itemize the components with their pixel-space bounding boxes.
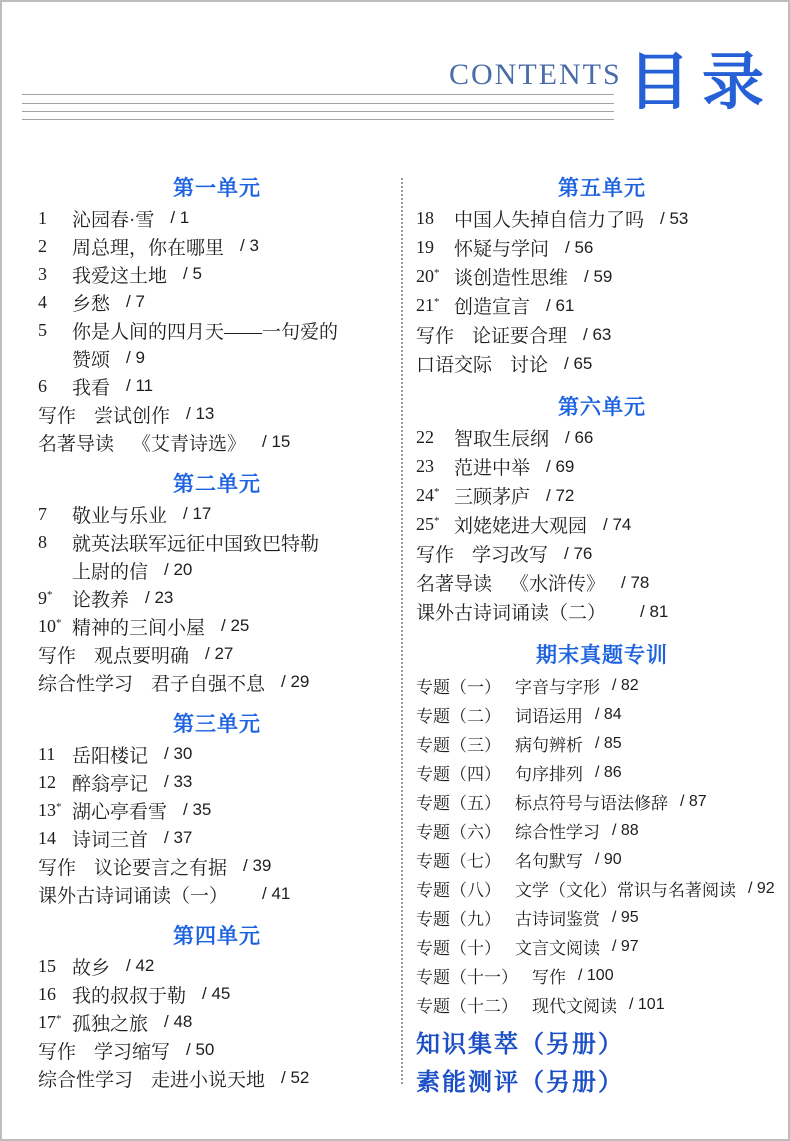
toc-entry: 24*三顾茅庐/ 72 xyxy=(416,481,788,510)
lesson-number: 25* xyxy=(416,514,454,535)
lesson-number: 18 xyxy=(416,208,454,229)
entry-label: 口语交际 xyxy=(416,350,492,377)
lesson-title: 标点符号与语法修辞 xyxy=(515,789,668,814)
page-number: / 42 xyxy=(126,956,154,976)
lesson-title: 怀疑与学问 xyxy=(454,234,549,261)
toc-entry: 专题（二）词语运用/ 84 xyxy=(416,700,788,729)
toc-entry-line: 专题（十一）写作/ 100 xyxy=(416,961,788,990)
toc-entry-line: 11岳阳楼记/ 30 xyxy=(38,740,396,768)
page-number: / 66 xyxy=(565,428,593,448)
lesson-title: 词语运用 xyxy=(515,702,583,727)
lesson-title: 乡愁 xyxy=(72,289,110,316)
page-number: / 15 xyxy=(262,432,290,452)
lesson-number: 13* xyxy=(38,800,72,821)
entry-label: 写作 xyxy=(38,641,76,668)
toc-entry-line: 1沁园春·雪/ 1 xyxy=(38,204,396,232)
toc-entry: 1沁园春·雪/ 1 xyxy=(38,204,396,232)
toc-entry: 15故乡/ 42 xyxy=(38,952,396,980)
toc-entry-line: 17*孤独之旅/ 48 xyxy=(38,1008,396,1036)
lesson-number: 14 xyxy=(38,828,72,849)
entry-label: 写作 xyxy=(416,321,454,348)
page-number: / 95 xyxy=(612,909,639,927)
toc-entry: 写作学习改写/ 76 xyxy=(416,539,788,568)
lesson-title: 中国人失掉自信力了吗 xyxy=(454,205,644,232)
toc-entry-line: 课外古诗词诵读（一）/ 41 xyxy=(38,880,396,908)
lesson-title: 创造宣言 xyxy=(454,292,530,319)
self-study-star: * xyxy=(56,1013,62,1025)
page-number: / 11 xyxy=(126,376,153,396)
toc-entry-line: 写作学习改写/ 76 xyxy=(416,539,788,568)
toc-entry-line: 10*精神的三间小屋/ 25 xyxy=(38,612,396,640)
entry-label: 写作 xyxy=(38,1037,76,1064)
toc-column-left: 第一单元1沁园春·雪/ 12周总理，你在哪里/ 33我爱这土地/ 54乡愁/ 7… xyxy=(38,174,396,1092)
page-number: / 25 xyxy=(221,616,249,636)
toc-entry-line: 7敬业与乐业/ 17 xyxy=(38,500,396,528)
lesson-title: 湖心亭看雪 xyxy=(72,797,167,824)
page-number: / 9 xyxy=(126,348,145,368)
toc-entry: 23范进中举/ 69 xyxy=(416,452,788,481)
page-number: / 27 xyxy=(205,644,233,664)
entry-label: 专题（四） xyxy=(416,760,501,785)
page-title: 目录 xyxy=(628,50,776,115)
entry-label: 综合性学习 xyxy=(38,669,133,696)
entry-label: 专题（九） xyxy=(416,905,501,930)
page-number: / 81 xyxy=(640,602,668,622)
toc-entry: 专题（五）标点符号与语法修辞/ 87 xyxy=(416,787,788,816)
toc-entry-line: 9*论教养/ 23 xyxy=(38,584,396,612)
toc-entry: 17*孤独之旅/ 48 xyxy=(38,1008,396,1036)
lesson-title: 醉翁亭记 xyxy=(72,769,148,796)
lesson-number: 8 xyxy=(38,532,72,553)
toc-entry-line: 14诗词三首/ 37 xyxy=(38,824,396,852)
toc-entry: 3我爱这土地/ 5 xyxy=(38,260,396,288)
lesson-title-continued: 上尉的信 xyxy=(72,557,148,584)
self-study-star: * xyxy=(434,515,440,527)
entry-label: 课外古诗词诵读（一） xyxy=(38,881,228,908)
unit-heading: 第一单元 xyxy=(38,174,396,204)
toc-entry-line: 专题（九）古诗词鉴赏/ 95 xyxy=(416,903,788,932)
toc-entry-line: 19怀疑与学问/ 56 xyxy=(416,233,788,262)
lesson-title: 故乡 xyxy=(72,953,110,980)
toc-entry-line: 专题（三）病句辨析/ 85 xyxy=(416,729,788,758)
toc-entry-line: 专题（二）词语运用/ 84 xyxy=(416,700,788,729)
page-number: / 86 xyxy=(595,764,622,782)
page-number: / 41 xyxy=(262,884,290,904)
page-number: / 48 xyxy=(164,1012,192,1032)
toc-entry-line: 专题（十）文言文阅读/ 97 xyxy=(416,932,788,961)
toc-entry-line: 专题（五）标点符号与语法修辞/ 87 xyxy=(416,787,788,816)
toc-entry: 4乡愁/ 7 xyxy=(38,288,396,316)
page-number: / 56 xyxy=(565,238,593,258)
toc-entry: 专题（十二）现代文阅读/ 101 xyxy=(416,990,788,1019)
self-study-star: * xyxy=(47,589,53,601)
lesson-number: 21* xyxy=(416,295,454,316)
page-number: / 23 xyxy=(145,588,173,608)
toc-entry-line: 13*湖心亭看雪/ 35 xyxy=(38,796,396,824)
header-rule-line xyxy=(22,94,614,95)
toc-entry-line: 20*谈创造性思维/ 59 xyxy=(416,262,788,291)
lesson-title: 文学（文化）常识与名著阅读 xyxy=(515,876,736,901)
lesson-number: 10* xyxy=(38,616,72,637)
lesson-number: 7 xyxy=(38,504,72,525)
lesson-title: 《艾青诗选》 xyxy=(132,429,246,456)
toc-entry: 8就英法联军远征中国致巴特勒上尉的信/ 20 xyxy=(38,528,396,584)
toc-entry-line: 16我的叔叔于勒/ 45 xyxy=(38,980,396,1008)
lesson-title: 我看 xyxy=(72,373,110,400)
page-number: / 65 xyxy=(564,354,592,374)
lesson-number: 22 xyxy=(416,427,454,448)
toc-entry: 14诗词三首/ 37 xyxy=(38,824,396,852)
entry-label: 专题（十二） xyxy=(416,992,518,1017)
lesson-number: 12 xyxy=(38,772,72,793)
toc-entry-line: 3我爱这土地/ 5 xyxy=(38,260,396,288)
self-study-star: * xyxy=(56,801,62,813)
entry-label: 写作 xyxy=(38,401,76,428)
entry-label: 专题（六） xyxy=(416,818,501,843)
toc-entry-line: 12醉翁亭记/ 33 xyxy=(38,768,396,796)
lesson-title: 谈创造性思维 xyxy=(454,263,568,290)
entry-label: 专题（十） xyxy=(416,934,501,959)
toc-entry: 12醉翁亭记/ 33 xyxy=(38,768,396,796)
toc-entry-line: 写作论证要合理/ 63 xyxy=(416,320,788,349)
toc-entry: 5你是人间的四月天——一句爱的赞颂/ 9 xyxy=(38,316,396,372)
scanned-page: CONTENTS 目录 第一单元1沁园春·雪/ 12周总理，你在哪里/ 33我爱… xyxy=(0,0,790,1141)
entry-label: 专题（二） xyxy=(416,702,501,727)
page-number: / 33 xyxy=(164,772,192,792)
unit-heading: 期末真题专训 xyxy=(416,641,788,671)
lesson-title: 精神的三间小屋 xyxy=(72,613,205,640)
page-number: / 90 xyxy=(595,851,622,869)
header-rule-line xyxy=(22,103,614,104)
lesson-number: 16 xyxy=(38,984,72,1005)
entry-label: 名著导读 xyxy=(38,429,114,456)
lesson-title: 敬业与乐业 xyxy=(72,501,167,528)
lesson-title: 古诗词鉴赏 xyxy=(515,905,600,930)
lesson-title: 我的叔叔于勒 xyxy=(72,981,186,1008)
lesson-title: 《水浒传》 xyxy=(510,569,605,596)
lesson-number: 17* xyxy=(38,1012,72,1033)
lesson-title-continued: 赞颂 xyxy=(72,345,110,372)
unit-heading: 第五单元 xyxy=(416,174,788,204)
page-number: / 7 xyxy=(126,292,145,312)
entry-label: 写作 xyxy=(38,853,76,880)
toc-entry-line: 24*三顾茅庐/ 72 xyxy=(416,481,788,510)
page-number: / 35 xyxy=(183,800,211,820)
lesson-title: 三顾茅庐 xyxy=(454,482,530,509)
toc-entry: 课外古诗词诵读（一）/ 41 xyxy=(38,880,396,908)
toc-entry: 20*谈创造性思维/ 59 xyxy=(416,262,788,291)
lesson-number: 15 xyxy=(38,956,72,977)
toc-entry: 22智取生辰纲/ 66 xyxy=(416,423,788,452)
page-number: / 59 xyxy=(584,267,612,287)
page-number: / 72 xyxy=(546,486,574,506)
toc-entry-line: 18中国人失掉自信力了吗/ 53 xyxy=(416,204,788,233)
toc-entry-line: 写作议论要言之有据/ 39 xyxy=(38,852,396,880)
lesson-title: 走进小说天地 xyxy=(151,1065,265,1092)
page-number: / 84 xyxy=(595,706,622,724)
toc-column-right: 第五单元18中国人失掉自信力了吗/ 5319怀疑与学问/ 5620*谈创造性思维… xyxy=(416,174,788,1098)
page-number: / 87 xyxy=(680,793,707,811)
toc-entry-continuation: 上尉的信/ 20 xyxy=(38,556,396,584)
lesson-number: 19 xyxy=(416,237,454,258)
page-number: / 100 xyxy=(578,967,614,985)
lesson-title: 学习缩写 xyxy=(94,1037,170,1064)
page-number: / 17 xyxy=(183,504,211,524)
toc-entry: 18中国人失掉自信力了吗/ 53 xyxy=(416,204,788,233)
lesson-title: 现代文阅读 xyxy=(532,992,617,1017)
lesson-number: 2 xyxy=(38,236,72,257)
toc-entry-line: 写作尝试创作/ 13 xyxy=(38,400,396,428)
toc-entry: 16我的叔叔于勒/ 45 xyxy=(38,980,396,1008)
page-number: / 53 xyxy=(660,209,688,229)
contents-label: CONTENTS xyxy=(449,58,622,92)
lesson-title: 观点要明确 xyxy=(94,641,189,668)
toc-entry: 专题（八）文学（文化）常识与名著阅读/ 92 xyxy=(416,874,788,903)
toc-entry-line: 综合性学习走进小说天地/ 52 xyxy=(38,1064,396,1092)
toc-entry: 专题（九）古诗词鉴赏/ 95 xyxy=(416,903,788,932)
page-number: / 52 xyxy=(281,1068,309,1088)
page-number: / 85 xyxy=(595,735,622,753)
page-number: / 3 xyxy=(240,236,259,256)
lesson-title: 病句辨析 xyxy=(515,731,583,756)
page-number: / 13 xyxy=(186,404,214,424)
lesson-title: 我爱这土地 xyxy=(72,261,167,288)
lesson-title: 刘姥姥进大观园 xyxy=(454,511,587,538)
toc-entry-line: 专题（六）综合性学习/ 88 xyxy=(416,816,788,845)
toc-entry: 10*精神的三间小屋/ 25 xyxy=(38,612,396,640)
toc-entry-line: 专题（一）字音与字形/ 82 xyxy=(416,671,788,700)
lesson-title: 字音与字形 xyxy=(515,673,600,698)
toc-entry: 7敬业与乐业/ 17 xyxy=(38,500,396,528)
toc-entry-line: 名著导读《艾青诗选》/ 15 xyxy=(38,428,396,456)
toc-entry-line: 专题（八）文学（文化）常识与名著阅读/ 92 xyxy=(416,874,788,903)
lesson-title: 名句默写 xyxy=(515,847,583,872)
unit-heading: 第四单元 xyxy=(38,922,396,952)
lesson-title: 尝试创作 xyxy=(94,401,170,428)
lesson-number: 1 xyxy=(38,208,72,229)
toc-entry-line: 15故乡/ 42 xyxy=(38,952,396,980)
lesson-number: 20* xyxy=(416,266,454,287)
toc-entry-line: 写作学习缩写/ 50 xyxy=(38,1036,396,1064)
entry-label: 写作 xyxy=(416,540,454,567)
unit-heading: 第六单元 xyxy=(416,393,788,423)
lesson-title: 君子自强不息 xyxy=(151,669,265,696)
lesson-title: 论证要合理 xyxy=(472,321,567,348)
header-rule-line xyxy=(22,111,614,112)
page-number: / 69 xyxy=(546,457,574,477)
page-number: / 30 xyxy=(164,744,192,764)
entry-label: 专题（十一） xyxy=(416,963,518,988)
entry-label: 名著导读 xyxy=(416,569,492,596)
toc-entry: 名著导读《艾青诗选》/ 15 xyxy=(38,428,396,456)
lesson-title: 文言文阅读 xyxy=(515,934,600,959)
toc-entry-line: 23范进中举/ 69 xyxy=(416,452,788,481)
page-number: / 20 xyxy=(164,560,192,580)
self-study-star: * xyxy=(434,486,440,498)
page-number: / 88 xyxy=(612,822,639,840)
toc-entry-line: 8就英法联军远征中国致巴特勒 xyxy=(38,528,396,556)
toc-entry: 名著导读《水浒传》/ 78 xyxy=(416,568,788,597)
page-number: / 61 xyxy=(546,296,574,316)
toc-entry: 综合性学习走进小说天地/ 52 xyxy=(38,1064,396,1092)
page-number: / 50 xyxy=(186,1040,214,1060)
toc-entry-line: 专题（七）名句默写/ 90 xyxy=(416,845,788,874)
lesson-title: 讨论 xyxy=(510,350,548,377)
page-number: / 78 xyxy=(621,573,649,593)
toc-entry-line: 综合性学习君子自强不息/ 29 xyxy=(38,668,396,696)
toc-entry: 专题（一）字音与字形/ 82 xyxy=(416,671,788,700)
page-number: / 1 xyxy=(170,208,189,228)
lesson-title: 论教养 xyxy=(72,585,129,612)
toc-entry: 9*论教养/ 23 xyxy=(38,584,396,612)
toc-entry: 专题（六）综合性学习/ 88 xyxy=(416,816,788,845)
lesson-title: 写作 xyxy=(532,963,566,988)
page-number: / 92 xyxy=(748,880,775,898)
page-number: / 101 xyxy=(629,996,665,1014)
toc-entry-line: 2周总理，你在哪里/ 3 xyxy=(38,232,396,260)
toc-entry-line: 4乡愁/ 7 xyxy=(38,288,396,316)
lesson-title: 综合性学习 xyxy=(515,818,600,843)
toc-entry-line: 6我看/ 11 xyxy=(38,372,396,400)
toc-entry: 专题（三）病句辨析/ 85 xyxy=(416,729,788,758)
toc-entry: 课外古诗词诵读（二）/ 81 xyxy=(416,597,788,626)
toc-entry: 21*创造宣言/ 61 xyxy=(416,291,788,320)
toc-entry-line: 22智取生辰纲/ 66 xyxy=(416,423,788,452)
page-number: / 63 xyxy=(583,325,611,345)
lesson-number: 5 xyxy=(38,320,72,341)
toc-entry-line: 名著导读《水浒传》/ 78 xyxy=(416,568,788,597)
lesson-number: 11 xyxy=(38,744,72,765)
page-number: / 5 xyxy=(183,264,202,284)
entry-label: 专题（三） xyxy=(416,731,501,756)
toc-entry: 专题（四）句序排列/ 86 xyxy=(416,758,788,787)
toc-entry-line: 课外古诗词诵读（二）/ 81 xyxy=(416,597,788,626)
lesson-number: 6 xyxy=(38,376,72,397)
toc-entry: 写作尝试创作/ 13 xyxy=(38,400,396,428)
page-number: / 37 xyxy=(164,828,192,848)
toc-entry: 11岳阳楼记/ 30 xyxy=(38,740,396,768)
toc-entry: 写作论证要合理/ 63 xyxy=(416,320,788,349)
page-number: / 76 xyxy=(564,544,592,564)
lesson-title: 句序排列 xyxy=(515,760,583,785)
lesson-title: 范进中举 xyxy=(454,453,530,480)
lesson-number: 3 xyxy=(38,264,72,285)
lesson-title: 诗词三首 xyxy=(72,825,148,852)
toc-entry: 专题（十）文言文阅读/ 97 xyxy=(416,932,788,961)
entry-label: 专题（八） xyxy=(416,876,501,901)
lesson-title: 就英法联军远征中国致巴特勒 xyxy=(72,529,319,556)
toc-entry: 写作议论要言之有据/ 39 xyxy=(38,852,396,880)
toc-entry-line: 25*刘姥姥进大观园/ 74 xyxy=(416,510,788,539)
header-rule-line xyxy=(22,119,614,120)
toc-entry: 专题（十一）写作/ 100 xyxy=(416,961,788,990)
toc-entry-continuation: 赞颂/ 9 xyxy=(38,344,396,372)
page-number: / 82 xyxy=(612,677,639,695)
column-divider xyxy=(401,178,403,1084)
lesson-number: 23 xyxy=(416,456,454,477)
entry-label: 专题（七） xyxy=(416,847,501,872)
page-number: / 39 xyxy=(243,856,271,876)
toc-entry: 口语交际讨论/ 65 xyxy=(416,349,788,378)
toc-entry-line: 21*创造宣言/ 61 xyxy=(416,291,788,320)
unit-heading: 第三单元 xyxy=(38,710,396,740)
page-number: / 45 xyxy=(202,984,230,1004)
page-number: / 97 xyxy=(612,938,639,956)
unit-heading: 第二单元 xyxy=(38,470,396,500)
self-study-star: * xyxy=(56,617,62,629)
lesson-number: 9* xyxy=(38,588,72,609)
lesson-title: 沁园春·雪 xyxy=(72,205,154,232)
lesson-title: 孤独之旅 xyxy=(72,1009,148,1036)
lesson-number: 4 xyxy=(38,292,72,313)
toc-entry: 写作学习缩写/ 50 xyxy=(38,1036,396,1064)
entry-label: 专题（一） xyxy=(416,673,501,698)
toc-entry-line: 专题（十二）现代文阅读/ 101 xyxy=(416,990,788,1019)
booklet-item: 知识集萃（另册） xyxy=(416,1030,788,1060)
toc-entry: 6我看/ 11 xyxy=(38,372,396,400)
self-study-star: * xyxy=(434,267,440,279)
toc-entry: 13*湖心亭看雪/ 35 xyxy=(38,796,396,824)
toc-entry: 19怀疑与学问/ 56 xyxy=(416,233,788,262)
entry-label: 课外古诗词诵读（二） xyxy=(416,598,606,625)
toc-entry: 25*刘姥姥进大观园/ 74 xyxy=(416,510,788,539)
lesson-title: 议论要言之有据 xyxy=(94,853,227,880)
toc-entry: 写作观点要明确/ 27 xyxy=(38,640,396,668)
self-study-star: * xyxy=(434,296,440,308)
entry-label: 综合性学习 xyxy=(38,1065,133,1092)
lesson-title: 周总理，你在哪里 xyxy=(72,233,224,260)
toc-entry-line: 5你是人间的四月天——一句爱的 xyxy=(38,316,396,344)
toc-entry-line: 专题（四）句序排列/ 86 xyxy=(416,758,788,787)
toc-entry: 综合性学习君子自强不息/ 29 xyxy=(38,668,396,696)
booklet-item: 素能测评（另册） xyxy=(416,1068,788,1098)
toc-entry: 2周总理，你在哪里/ 3 xyxy=(38,232,396,260)
toc-entry: 专题（七）名句默写/ 90 xyxy=(416,845,788,874)
lesson-title: 学习改写 xyxy=(472,540,548,567)
toc-entry-line: 口语交际讨论/ 65 xyxy=(416,349,788,378)
lesson-title: 你是人间的四月天——一句爱的 xyxy=(72,317,338,344)
lesson-title: 智取生辰纲 xyxy=(454,424,549,451)
lesson-number: 24* xyxy=(416,485,454,506)
page-number: / 29 xyxy=(281,672,309,692)
toc-entry-line: 写作观点要明确/ 27 xyxy=(38,640,396,668)
page-number: / 74 xyxy=(603,515,631,535)
entry-label: 专题（五） xyxy=(416,789,501,814)
lesson-title: 岳阳楼记 xyxy=(72,741,148,768)
